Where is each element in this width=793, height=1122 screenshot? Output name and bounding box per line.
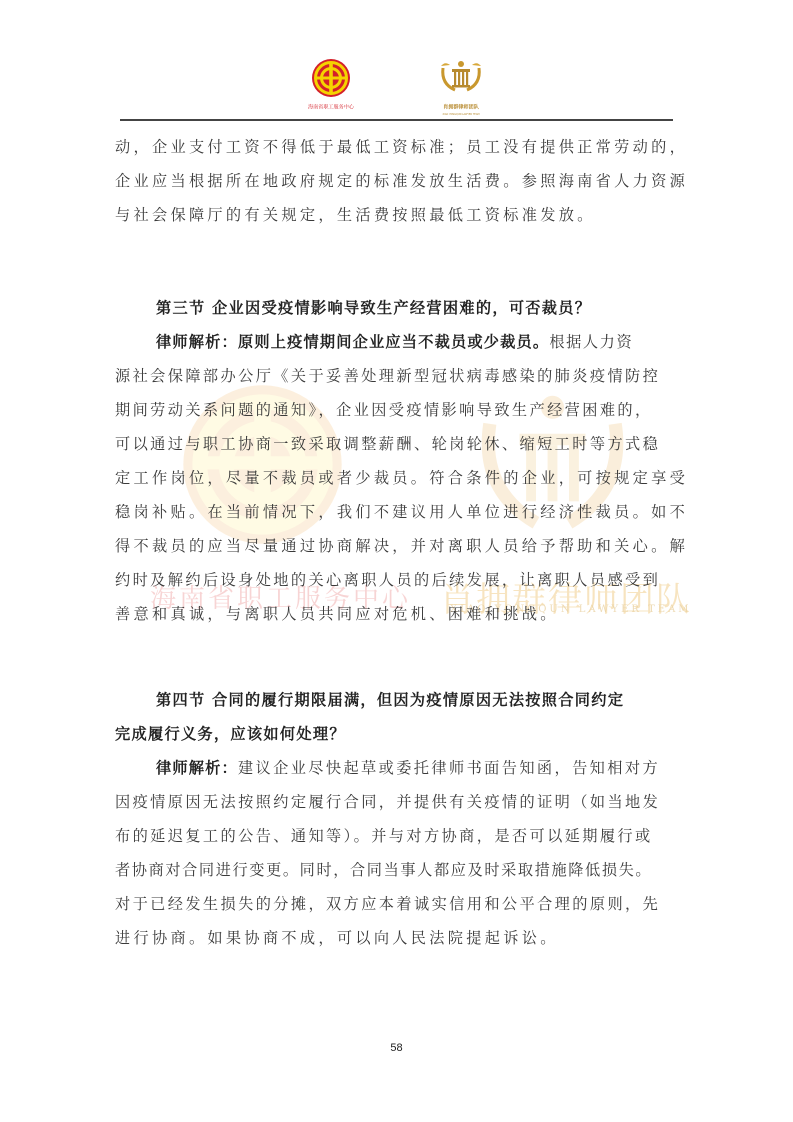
section-3-line: 善意和真诚，与离职人员共同应对危机、困难和挑战。 — [115, 597, 687, 631]
section-4-line: 因疫情原因无法按照约定履行合同，并提供有关疫情的证明（如当地发 — [115, 785, 687, 819]
section-3-line: 定工作岗位，尽量不裁员或者少裁员。符合条件的企业，可按规定享受 — [115, 461, 687, 495]
section-3-line: 稳岗补贴。在当前情况下，我们不建议用人单位进行经济性裁员。如不 — [115, 495, 687, 529]
law-team-logo-icon — [437, 58, 485, 98]
section-4-line: 进行协商。如果协商不成，可以向人民法院提起诉讼。 — [115, 921, 687, 955]
trade-union-logo: 海南省职工服务中心 — [298, 58, 364, 112]
section-4-line: 对于已经发生损失的分摊，双方应本着诚实信用和公平合理的原则，先 — [115, 887, 687, 921]
intro-line: 动，企业支付工资不得低于最低工资标准；员工没有提供正常劳动的， — [115, 130, 687, 164]
section-3-line: 可以通过与职工协商一致采取调整薪酬、轮岗轮休、缩短工时等方式稳 — [115, 427, 687, 461]
trade-union-logo-caption: 海南省职工服务中心 — [303, 104, 359, 111]
section-3-line: 源社会保障部办公厅《关于妥善处理新型冠状病毒感染的肺炎疫情防控 — [115, 359, 687, 393]
section-4-title-line-2: 完成履行义务，应该如何处理？ — [115, 717, 687, 751]
section-3-line: 约时及解约后设身处地的关心离职人员的后续发展，让离职人员感受到 — [115, 563, 687, 597]
law-team-logo-caption: 肖拥群律师团队 — [433, 104, 489, 111]
law-team-logo-subcaption: XIAO YONGQUN LAWYER TEAM — [435, 112, 488, 115]
analysis-label: 律师解析： — [156, 333, 238, 351]
header-rule — [120, 119, 673, 121]
document-body: 动，企业支付工资不得低于最低工资标准；员工没有提供正常劳动的， 企业应当根据所在… — [115, 130, 687, 955]
section-4-line: 布的延迟复工的公告、通知等）。并与对方协商，是否可以延期履行或 — [115, 819, 687, 853]
analysis-text: 根据人力资 — [549, 333, 633, 351]
analysis-label: 律师解析： — [156, 759, 238, 777]
law-team-logo: 肖拥群律师团队 XIAO YONGQUN LAWYER TEAM — [428, 58, 494, 116]
analysis-text: 建议企业尽快起草或委托律师书面告知函，告知相对方 — [238, 759, 660, 777]
section-3-line: 得不裁员的应当尽量通过协商解决，并对离职人员给予帮助和关心。解 — [115, 529, 687, 563]
header-logos: 海南省职工服务中心 肖拥群律师团队 XIAO YONGQUN LAWYER TE… — [0, 58, 793, 118]
section-4-line: 者协商对合同进行变更。同时，合同当事人都应及时采取措施降低损失。 — [115, 853, 687, 887]
section-4-analysis-first-line: 律师解析：建议企业尽快起草或委托律师书面告知函，告知相对方 — [115, 751, 687, 785]
intro-line: 企业应当根据所在地政府规定的标准发放生活费。参照海南省人力资源 — [115, 164, 687, 198]
page-number: 58 — [0, 1042, 793, 1054]
section-3-title: 第三节 企业因受疫情影响导致生产经营困难的，可否裁员？ — [115, 291, 687, 325]
section-3-analysis-first-line: 律师解析：原则上疫情期间企业应当不裁员或少裁员。根据人力资 — [115, 325, 687, 359]
section-3-line: 期间劳动关系问题的通知》，企业因受疫情影响导致生产经营困难的， — [115, 393, 687, 427]
intro-line: 与社会保障厅的有关规定，生活费按照最低工资标准发放。 — [115, 198, 687, 232]
analysis-bold-statement: 原则上疫情期间企业应当不裁员或少裁员。 — [238, 333, 549, 351]
section-4-title-line-1: 第四节 合同的履行期限届满，但因为疫情原因无法按照合同约定 — [115, 683, 687, 717]
trade-union-logo-icon — [311, 58, 351, 98]
